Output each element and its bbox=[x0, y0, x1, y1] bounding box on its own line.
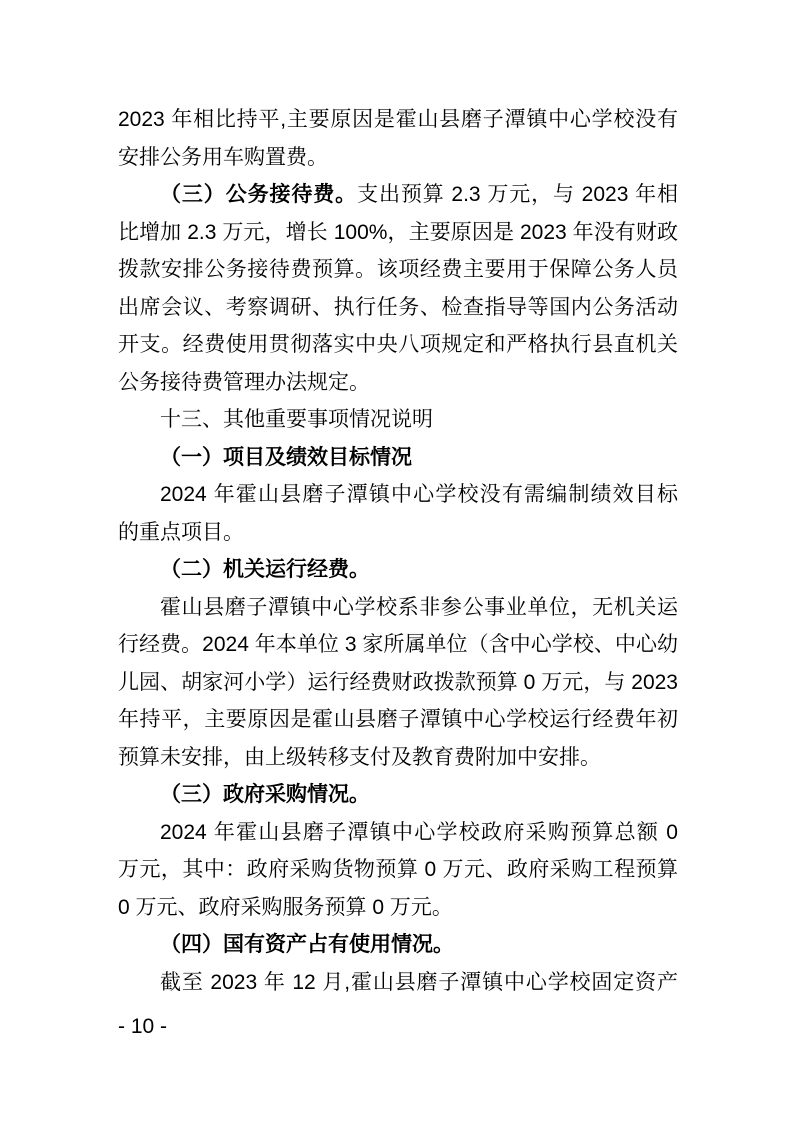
line-text: 2023 年相比持平,主要原因是霍山县磨子潭镇中心学校没有 bbox=[118, 108, 678, 131]
line-text: 2024 年霍山县磨子潭镇中心学校政府采购预算总额 0 bbox=[160, 821, 678, 844]
body-text-line: 截至 2023 年 12 月,霍山县磨子潭镇中心学校固定资产 bbox=[118, 964, 678, 1002]
body-text-line: 比增加 2.3 万元，增长 100%，主要原因是 2023 年没有财政 bbox=[118, 214, 678, 252]
body-text-line: 2023 年相比持平,主要原因是霍山县磨子潭镇中心学校没有 bbox=[118, 101, 678, 139]
body-text-line: 万元，其中：政府采购货物预算 0 万元、政府采购工程预算 bbox=[118, 851, 678, 889]
body-text-line: 出席会议、考察调研、执行任务、检查指导等国内公务活动 bbox=[118, 289, 678, 327]
line-text: 的重点项目。 bbox=[118, 521, 244, 544]
subsection-heading-text: （三）政府采购情况。 bbox=[160, 783, 370, 806]
line-text: 0 万元、政府采购服务预算 0 万元。 bbox=[118, 896, 453, 919]
line-text: 安排公务用车购置费。 bbox=[118, 146, 328, 169]
body-text-line: 开支。经费使用贯彻落实中央八项规定和严格执行县直机关 bbox=[118, 326, 678, 364]
body-text-line: 预算未安排，由上级转移支付及教育费附加中安排。 bbox=[118, 739, 678, 777]
line-text: 公务接待费管理办法规定。 bbox=[118, 371, 370, 394]
subsection-heading-text: （四）国有资产占有使用情况。 bbox=[160, 933, 454, 956]
line-text: 比增加 2.3 万元，增长 100%，主要原因是 2023 年没有财政 bbox=[118, 221, 678, 244]
body-text-line: 2024 年霍山县磨子潭镇中心学校政府采购预算总额 0 bbox=[118, 814, 678, 852]
subsection-heading-text: （一）项目及绩效目标情况 bbox=[160, 446, 412, 469]
page-footer: - 10 - bbox=[118, 1014, 167, 1040]
body-text-line: 霍山县磨子潭镇中心学校系非参公事业单位，无机关运 bbox=[118, 589, 678, 627]
section-heading-text: 十三、其他重要事项情况说明 bbox=[160, 408, 433, 431]
subsection-heading-line: （三）公务接待费。支出预算 2.3 万元，与 2023 年相 bbox=[118, 176, 678, 214]
body-text-line: 的重点项目。 bbox=[118, 514, 678, 552]
body-text-line: 儿园、胡家河小学）运行经费财政拨款预算 0 万元，与 2023 bbox=[118, 664, 678, 702]
line-text: 出席会议、考察调研、执行任务、检查指导等国内公务活动 bbox=[118, 296, 678, 319]
body-text-line: 行经费。2024 年本单位 3 家所属单位（含中心学校、中心幼 bbox=[118, 626, 678, 664]
body-text-line: 2024 年霍山县磨子潭镇中心学校没有需编制绩效目标 bbox=[118, 476, 678, 514]
line-text: 2024 年霍山县磨子潭镇中心学校没有需编制绩效目标 bbox=[160, 483, 678, 506]
line-text: 霍山县磨子潭镇中心学校系非参公事业单位，无机关运 bbox=[160, 596, 678, 619]
subsection-heading-line: （一）项目及绩效目标情况 bbox=[118, 439, 678, 477]
subsection-heading-line: （四）国有资产占有使用情况。 bbox=[118, 926, 678, 964]
line-text: 预算未安排，由上级转移支付及教育费附加中安排。 bbox=[118, 746, 601, 769]
subsection-heading-line: （三）政府采购情况。 bbox=[118, 776, 678, 814]
section-heading-line: 十三、其他重要事项情况说明 bbox=[118, 401, 678, 439]
body-text-line: 安排公务用车购置费。 bbox=[118, 139, 678, 177]
body-text-line: 公务接待费管理办法规定。 bbox=[118, 364, 678, 402]
line-text: 开支。经费使用贯彻落实中央八项规定和严格执行县直机关 bbox=[118, 333, 678, 356]
line-text: 万元，其中：政府采购货物预算 0 万元、政府采购工程预算 bbox=[118, 858, 678, 881]
subsection-heading-line: （二）机关运行经费。 bbox=[118, 551, 678, 589]
subsection-heading-text: （三）公务接待费。 bbox=[160, 183, 357, 206]
body-text-line: 0 万元、政府采购服务预算 0 万元。 bbox=[118, 889, 678, 927]
line-text: 截至 2023 年 12 月,霍山县磨子潭镇中心学校固定资产 bbox=[160, 971, 678, 994]
subsection-heading-text: （二）机关运行经费。 bbox=[160, 558, 370, 581]
page-body-text: 2023 年相比持平,主要原因是霍山县磨子潭镇中心学校没有 安排公务用车购置费。… bbox=[118, 101, 678, 1001]
line-text: 儿园、胡家河小学）运行经费财政拨款预算 0 万元，与 2023 bbox=[118, 671, 678, 694]
body-text-line: 年持平，主要原因是霍山县磨子潭镇中心学校运行经费年初 bbox=[118, 701, 678, 739]
line-text: 行经费。2024 年本单位 3 家所属单位（含中心学校、中心幼 bbox=[118, 633, 678, 656]
page-number: - 10 - bbox=[118, 1015, 167, 1038]
document-page: 2023 年相比持平,主要原因是霍山县磨子潭镇中心学校没有 安排公务用车购置费。… bbox=[0, 0, 793, 1121]
line-text: 拨款安排公务接待费预算。该项经费主要用于保障公务人员 bbox=[118, 258, 678, 281]
line-text: 年持平，主要原因是霍山县磨子潭镇中心学校运行经费年初 bbox=[118, 708, 678, 731]
line-text: 支出预算 2.3 万元，与 2023 年相 bbox=[357, 183, 678, 206]
body-text-line: 拨款安排公务接待费预算。该项经费主要用于保障公务人员 bbox=[118, 251, 678, 289]
